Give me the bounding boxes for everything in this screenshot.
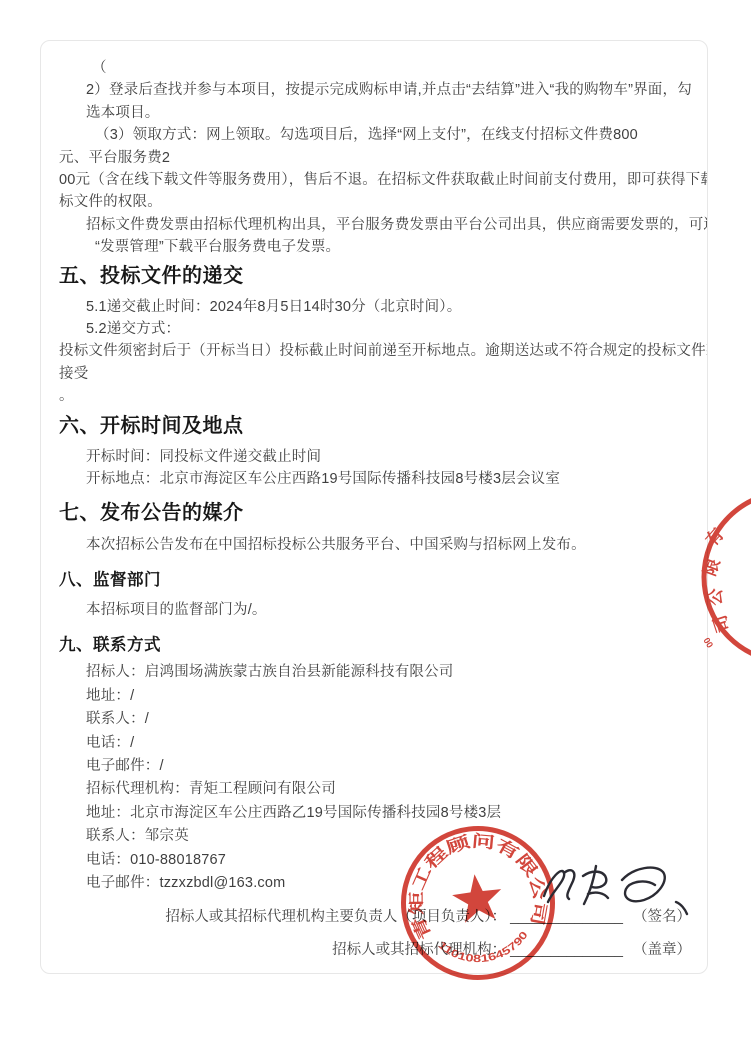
text-line: （ <box>59 57 707 79</box>
text-line: 开标地点：北京市海淀区车公庄西路19号国际传播科技园8号楼3层会议室 <box>59 468 707 490</box>
signature-line-stamp: 招标人或其招标代理机构：______________（盖章） <box>59 939 707 961</box>
section-heading-submission: 五、投标文件的递交 <box>59 263 707 289</box>
text-line: 接受 <box>59 363 707 385</box>
text-line: 5.2递交方式： <box>59 318 707 340</box>
text-line: 5.1递交截止时间：2024年8月5日14时30分（北京时间）。 <box>59 296 707 318</box>
signature-suffix: （盖章） <box>633 942 691 958</box>
text-line: 开标时间：同投标文件递交截止时间 <box>59 446 707 468</box>
text-line: 招标代理机构：青矩工程顾问有限公司 <box>59 778 707 801</box>
text-line: 联系人：邹宗英 <box>59 825 707 848</box>
text-line: 本招标项目的监督部门为/。 <box>59 599 707 621</box>
text-line: 投标文件须密封后于（开标当日）投标截止时间前递至开标地点。逾期送达或不符合规定的… <box>59 340 707 362</box>
text-line: “发票管理”下载平台服务费电子发票。 <box>59 236 707 258</box>
text-line: 本次招标公告发布在中国招标投标公共服务平台、中国采购与招标网上发布。 <box>59 534 707 556</box>
text-line: 地址：北京市海淀区车公庄西路乙19号国际传播科技园8号楼3层 <box>59 802 707 825</box>
text-line: 地址：/ <box>59 685 707 708</box>
section-heading-supervision: 八、监督部门 <box>59 569 707 592</box>
text-line: 选本项目。 <box>59 102 707 124</box>
text-line: 元、平台服务费2 <box>59 147 707 169</box>
text-line: 招标人：启鸿围场满族蒙古族自治县新能源科技有限公司 <box>59 661 707 684</box>
seal-char: 公 <box>706 589 725 606</box>
svg-text:00: 00 <box>702 636 716 650</box>
text-line: 。 <box>59 385 707 407</box>
text-line: 联系人：/ <box>59 708 707 731</box>
text-line: 电子邮件：/ <box>59 755 707 778</box>
text-line: 00元（含在线下载文件等服务费用），售后不退。在招标文件获取截止时间前支付费用，… <box>59 169 707 191</box>
section-heading-bid-opening: 六、开标时间及地点 <box>59 413 707 439</box>
partial-company-seal-stamp: 有 限 公 司 00 <box>683 489 751 667</box>
document-page: （ 2）登录后查找并参与本项目，按提示完成购标申请,并点击“去结算”进入“我的购… <box>40 40 708 974</box>
seal-star-icon <box>450 871 505 924</box>
agency-company-seal-stamp: 青矩工程顾问有限公司 1101081645790 <box>399 824 559 984</box>
seal-char: 有 <box>701 524 727 550</box>
section-heading-contact: 九、联系方式 <box>59 634 707 657</box>
handwritten-signature <box>538 858 708 920</box>
text-line: 电话：/ <box>59 732 707 755</box>
text-line: 招标文件费发票由招标代理机构出具，平台服务费发票由平台公司出具，供应商需要发票的… <box>59 214 707 236</box>
text-line: 标文件的权限。 <box>59 191 707 213</box>
text-line: （3）领取方式：网上领取。勾选项目后，选择“网上支付”，在线支付招标文件费800 <box>59 124 707 146</box>
section-heading-announcement-media: 七、发布公告的媒介 <box>59 500 707 526</box>
text-line: 2）登录后查找并参与本项目，按提示完成购标申请,并点击“去结算”进入“我的购物车… <box>59 79 707 101</box>
